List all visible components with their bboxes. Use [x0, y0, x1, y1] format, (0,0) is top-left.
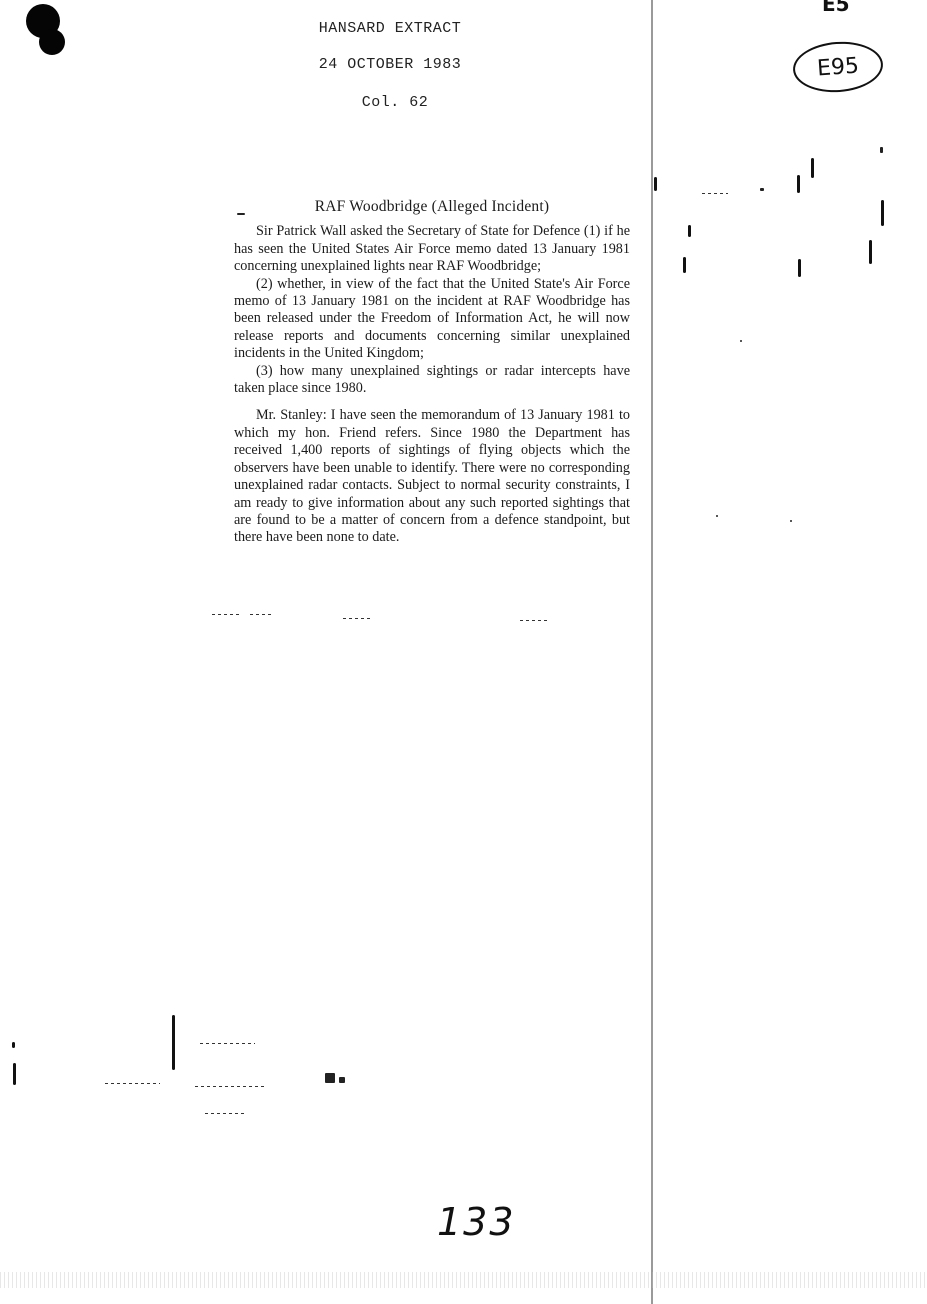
- question-paragraph-1: Sir Patrick Wall asked the Secretary of …: [234, 223, 630, 275]
- column-reference: Col. 62: [0, 94, 790, 111]
- scan-noise: [0, 1272, 927, 1288]
- scan-noise: [343, 618, 373, 619]
- article: RAF Woodbridge (Alleged Incident) Sir Pa…: [234, 198, 630, 547]
- circled-reference-stamp: E95: [791, 39, 884, 95]
- scan-noise: [200, 1043, 255, 1044]
- scan-noise: [869, 240, 872, 264]
- scan-noise: [250, 614, 274, 615]
- scan-noise: [797, 175, 800, 193]
- scan-noise: [880, 147, 883, 153]
- stamp-label: E95: [816, 53, 860, 81]
- scan-noise: [702, 193, 728, 194]
- scan-noise: [172, 1015, 175, 1070]
- scan-noise: [339, 1077, 345, 1083]
- scan-noise: [688, 225, 691, 237]
- scan-noise: [13, 1063, 16, 1085]
- document-title: HANSARD EXTRACT: [0, 20, 780, 37]
- scan-noise: [716, 515, 718, 517]
- question-paragraph-3: (3) how many unexplained sightings or ra…: [234, 363, 630, 398]
- question-paragraph-2: (2) whether, in view of the fact that th…: [234, 276, 630, 363]
- scan-noise: [683, 257, 686, 273]
- scan-noise: [740, 340, 742, 342]
- corner-mark: E5: [822, 0, 850, 16]
- handwritten-page-number: 133: [437, 1200, 516, 1244]
- scan-noise: [881, 200, 884, 226]
- scan-noise: [760, 188, 764, 191]
- page-fold-line: [651, 0, 653, 1304]
- scan-noise: [195, 1086, 265, 1087]
- scan-noise: [798, 259, 801, 277]
- scan-noise: [237, 213, 245, 215]
- scan-noise: [325, 1073, 335, 1083]
- scan-noise: [520, 620, 550, 621]
- scan-noise: [205, 1113, 245, 1114]
- scan-noise: [105, 1083, 160, 1084]
- scan-noise: [12, 1042, 15, 1048]
- document-date: 24 OCTOBER 1983: [0, 56, 780, 73]
- scan-noise: [790, 520, 792, 522]
- article-heading: RAF Woodbridge (Alleged Incident): [234, 198, 630, 215]
- scan-noise: [811, 158, 814, 178]
- answer-paragraph: Mr. Stanley: I have seen the memorandum …: [234, 407, 630, 546]
- scan-noise: [654, 177, 657, 191]
- scan-noise: [212, 614, 242, 615]
